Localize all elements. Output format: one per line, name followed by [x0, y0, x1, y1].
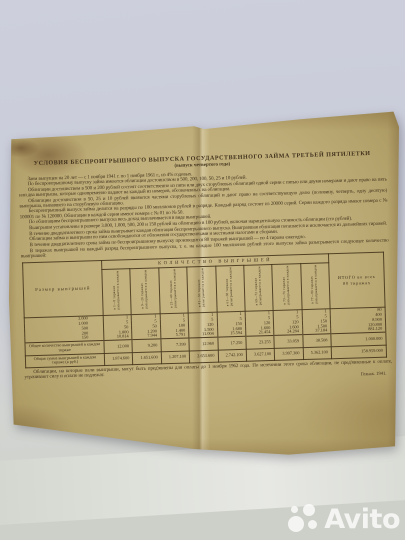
rotated-col-header: в 61—68 тиражах разыгрывается в каждом	[215, 265, 245, 312]
col-header-size: Размер выигрышей	[24, 285, 102, 293]
avito-wordmark: Avito	[324, 507, 400, 533]
winnings-table: Размер выигрышей КОЛИЧЕСТВО ВЫИГРЫШЕЙ ИТ…	[22, 251, 387, 368]
document-content: УСЛОВИЯ БЕСПРОИГРЫШНОГО ВЫПУСКА ГОСУДАРС…	[18, 151, 393, 387]
rotated-col-header: в 69—72 тиражах разыгрывается в каждом	[244, 264, 274, 311]
rotated-col-header: в 21—40 тиражах разыгрывается в каждом	[159, 267, 189, 314]
paper-surface: УСЛОВИЯ БЕСПРОИГРЫШНОГО ВЫПУСКА ГОСУДАРС…	[5, 106, 399, 456]
col-header-total: ИТОГО во всех 80 тиражах	[330, 274, 384, 287]
avito-logo-icon	[288, 504, 319, 533]
table-body: 3.00011111111801.00055555555400500505010…	[24, 307, 386, 368]
avito-watermark: Avito	[288, 504, 400, 533]
rotated-col-header: в 1—8 тиражах разыгрывается в каждом	[102, 269, 132, 316]
paragraphs: Заем выпущен на 20 лет — с 1 ноября 1941…	[19, 166, 389, 259]
listing-photo: УСЛОВИЯ БЕСПРОИГРЫШНОГО ВЫПУСКА ГОСУДАРС…	[0, 0, 405, 540]
rotated-col-header: в 41—60 тиражах разыгрывается в каждом	[187, 266, 217, 313]
rotated-col-header: в 73—76 тиражах разыгрывается в каждом	[272, 263, 302, 310]
bond-document: УСЛОВИЯ БЕСПРОИГРЫШНОГО ВЫПУСКА ГОСУДАРС…	[5, 106, 399, 456]
rotated-col-header: в 9—20 тиражах разыгрывается в каждом	[130, 268, 160, 315]
rotated-col-header: в 77—80 тиражах разыгрывается в каждом	[300, 263, 330, 310]
